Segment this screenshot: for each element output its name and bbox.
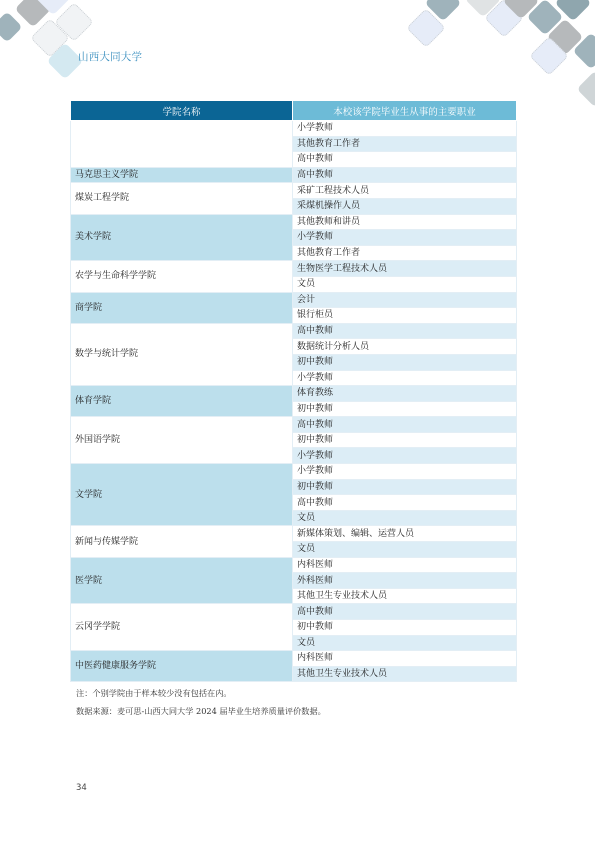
occupation-cell: 会计 bbox=[293, 292, 517, 308]
table-row: 商学院会计 bbox=[71, 292, 517, 308]
table-row: 医学院内科医师 bbox=[71, 557, 517, 573]
occupation-cell: 初中教师 bbox=[293, 354, 517, 370]
occupation-cell: 高中教师 bbox=[293, 152, 517, 168]
college-name-cell: 外国语学院 bbox=[71, 417, 293, 464]
page-number: 34 bbox=[76, 783, 87, 793]
table-row: 云冈学学院高中教师 bbox=[71, 604, 517, 620]
table-row: 小学教师 bbox=[71, 121, 517, 137]
occupation-cell: 数据统计分析人员 bbox=[293, 339, 517, 355]
column-header-college: 学院名称 bbox=[71, 101, 293, 121]
college-name-cell: 美术学院 bbox=[71, 214, 293, 261]
occupation-cell: 其他教育工作者 bbox=[293, 245, 517, 261]
occupation-cell: 文员 bbox=[293, 542, 517, 558]
occupation-cell: 其他卫生专业技术人员 bbox=[293, 588, 517, 604]
occupation-cell: 采煤机操作人员 bbox=[293, 198, 517, 214]
decorative-diamond bbox=[0, 11, 23, 42]
occupation-cell: 体育教练 bbox=[293, 386, 517, 402]
occupation-cell: 银行柜员 bbox=[293, 308, 517, 324]
college-name-cell: 商学院 bbox=[71, 292, 293, 323]
college-occupation-table: 学院名称 本校该学院毕业生从事的主要职业 小学教师其他教育工作者高中教师马克思主… bbox=[70, 100, 517, 682]
occupation-cell: 初中教师 bbox=[293, 479, 517, 495]
university-logo-text: 山西大同大学 bbox=[78, 49, 142, 64]
occupation-cell: 小学教师 bbox=[293, 121, 517, 137]
table-row: 美术学院其他教师和讲员 bbox=[71, 214, 517, 230]
table-header-row: 学院名称 本校该学院毕业生从事的主要职业 bbox=[71, 101, 517, 121]
table-row: 文学院小学教师 bbox=[71, 464, 517, 480]
college-name-cell: 体育学院 bbox=[71, 386, 293, 417]
occupation-cell: 文员 bbox=[293, 635, 517, 651]
occupation-cell: 文员 bbox=[293, 276, 517, 292]
college-name-cell: 煤炭工程学院 bbox=[71, 183, 293, 214]
occupation-cell: 小学教师 bbox=[293, 230, 517, 246]
decorative-diamond bbox=[577, 71, 595, 108]
occupation-cell: 小学教师 bbox=[293, 464, 517, 480]
college-name-cell: 中医药健康服务学院 bbox=[71, 651, 293, 682]
table-row: 中医药健康服务学院内科医师 bbox=[71, 651, 517, 667]
occupation-cell: 其他教师和讲员 bbox=[293, 214, 517, 230]
college-name-cell: 医学院 bbox=[71, 557, 293, 604]
occupation-cell: 高中教师 bbox=[293, 417, 517, 433]
occupation-cell: 新媒体策划、编辑、运营人员 bbox=[293, 526, 517, 542]
table-row: 新闻与传媒学院新媒体策划、编辑、运营人员 bbox=[71, 526, 517, 542]
table-note: 注：个别学院由于样本较少没有包括在内。 bbox=[76, 688, 232, 699]
table-row: 农学与生命科学学院生物医学工程技术人员 bbox=[71, 261, 517, 277]
occupation-cell: 其他卫生专业技术人员 bbox=[293, 666, 517, 682]
occupation-cell: 采矿工程技术人员 bbox=[293, 183, 517, 199]
college-name-cell: 文学院 bbox=[71, 464, 293, 526]
occupation-cell: 内科医师 bbox=[293, 651, 517, 667]
college-name-cell: 新闻与传媒学院 bbox=[71, 526, 293, 557]
college-name-cell bbox=[71, 121, 293, 168]
table-row: 体育学院体育教练 bbox=[71, 386, 517, 402]
table-row: 煤炭工程学院采矿工程技术人员 bbox=[71, 183, 517, 199]
data-source: 数据来源：麦可思-山西大同大学 2024 届毕业生培养质量评价数据。 bbox=[76, 706, 326, 717]
college-name-cell: 云冈学学院 bbox=[71, 604, 293, 651]
table-body: 小学教师其他教育工作者高中教师马克思主义学院高中教师煤炭工程学院采矿工程技术人员… bbox=[71, 121, 517, 682]
column-header-occupation: 本校该学院毕业生从事的主要职业 bbox=[293, 101, 517, 121]
occupation-cell: 小学教师 bbox=[293, 448, 517, 464]
occupation-cell: 高中教师 bbox=[293, 323, 517, 339]
occupation-cell: 初中教师 bbox=[293, 432, 517, 448]
occupation-cell: 小学教师 bbox=[293, 370, 517, 386]
occupation-cell: 生物医学工程技术人员 bbox=[293, 261, 517, 277]
college-name-cell: 数学与统计学院 bbox=[71, 323, 293, 385]
occupation-cell: 初中教师 bbox=[293, 620, 517, 636]
occupation-cell: 其他教育工作者 bbox=[293, 136, 517, 152]
occupation-cell: 高中教师 bbox=[293, 167, 517, 183]
occupation-cell: 外科医师 bbox=[293, 573, 517, 589]
occupation-cell: 文员 bbox=[293, 510, 517, 526]
table-row: 外国语学院高中教师 bbox=[71, 417, 517, 433]
table-row: 马克思主义学院高中教师 bbox=[71, 167, 517, 183]
occupation-cell: 高中教师 bbox=[293, 495, 517, 511]
college-name-cell: 农学与生命科学学院 bbox=[71, 261, 293, 292]
occupation-cell: 内科医师 bbox=[293, 557, 517, 573]
table-row: 数学与统计学院高中教师 bbox=[71, 323, 517, 339]
college-name-cell: 马克思主义学院 bbox=[71, 167, 293, 183]
occupation-cell: 高中教师 bbox=[293, 604, 517, 620]
occupation-cell: 初中教师 bbox=[293, 401, 517, 417]
